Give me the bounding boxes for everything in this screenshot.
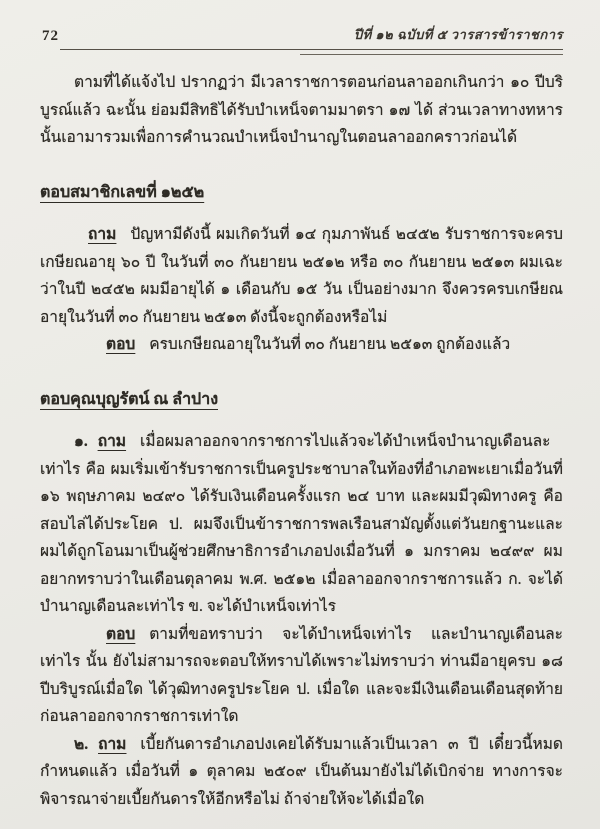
section-heading-member: ตอบสมาชิกเลขที่ ๑๒๕๒ <box>40 179 563 207</box>
member-answer-paragraph: ตอบครบเกษียณอายุในวันที่ ๓๐ กันยายน ๒๕๑๓… <box>40 331 563 359</box>
question1-number: ๑. <box>74 433 88 450</box>
answer-text: ครบเกษียณอายุในวันที่ ๓๐ กันยายน ๒๕๑๓ ถู… <box>149 336 510 353</box>
question2-label: ถาม <box>98 736 126 753</box>
intro-paragraph: ตามที่ได้แจ้งไป ปรากฏว่า มีเวลาราชการตอน… <box>40 69 563 152</box>
header-rule <box>60 49 563 50</box>
page-header: 72 ปีที่ ๑๒ ฉบับที่ ๕ วารสารข้าราชการ <box>0 0 600 45</box>
section-heading-member-text: ตอบสมาชิกเลขที่ ๑๒๕๒ <box>40 184 204 201</box>
question-label: ถาม <box>88 226 116 243</box>
section-heading-boonyarat-text: ตอบคุณบุญรัตน์ ณ ลำปาง <box>40 391 218 408</box>
question1-text: เมื่อผมลาออกจากราชการไปแล้วจะได้บำเหน็จบ… <box>40 433 563 615</box>
member-question-paragraph: ถามปัญหามีดังนี้ ผมเกิดวันที่ ๑๔ กุมภาพั… <box>40 221 563 331</box>
question-text: ปัญหามีดังนี้ ผมเกิดวันที่ ๑๔ กุมภาพันธ์… <box>40 226 563 326</box>
boonyarat-question1-paragraph: ๑.ถามเมื่อผมลาออกจากราชการไปแล้วจะได้บำเ… <box>40 428 563 621</box>
question2-number: ๒. <box>74 736 88 753</box>
answer-label: ตอบ <box>106 336 135 353</box>
boonyarat-answer1-paragraph: ตอบตามที่ขอทราบว่า จะได้บำเหน็จเท่าไร แล… <box>40 621 563 731</box>
document-page: 72 ปีที่ ๑๒ ฉบับที่ ๕ วารสารข้าราชการ ตา… <box>0 0 600 829</box>
page-body: ตามที่ได้แจ้งไป ปรากฏว่า มีเวลาราชการตอน… <box>0 55 600 813</box>
page-number: 72 <box>42 28 59 45</box>
section-heading-boonyarat: ตอบคุณบุญรัตน์ ณ ลำปาง <box>40 386 563 414</box>
answer1-label: ตอบ <box>106 626 135 643</box>
question1-label: ถาม <box>98 433 126 450</box>
journal-title: ปีที่ ๑๒ ฉบับที่ ๕ วารสารข้าราชการ <box>354 24 563 45</box>
boonyarat-question2-paragraph: ๒.ถามเบี้ยกันดารอำเภอปงเคยได้รับมาแล้วเป… <box>40 731 563 814</box>
